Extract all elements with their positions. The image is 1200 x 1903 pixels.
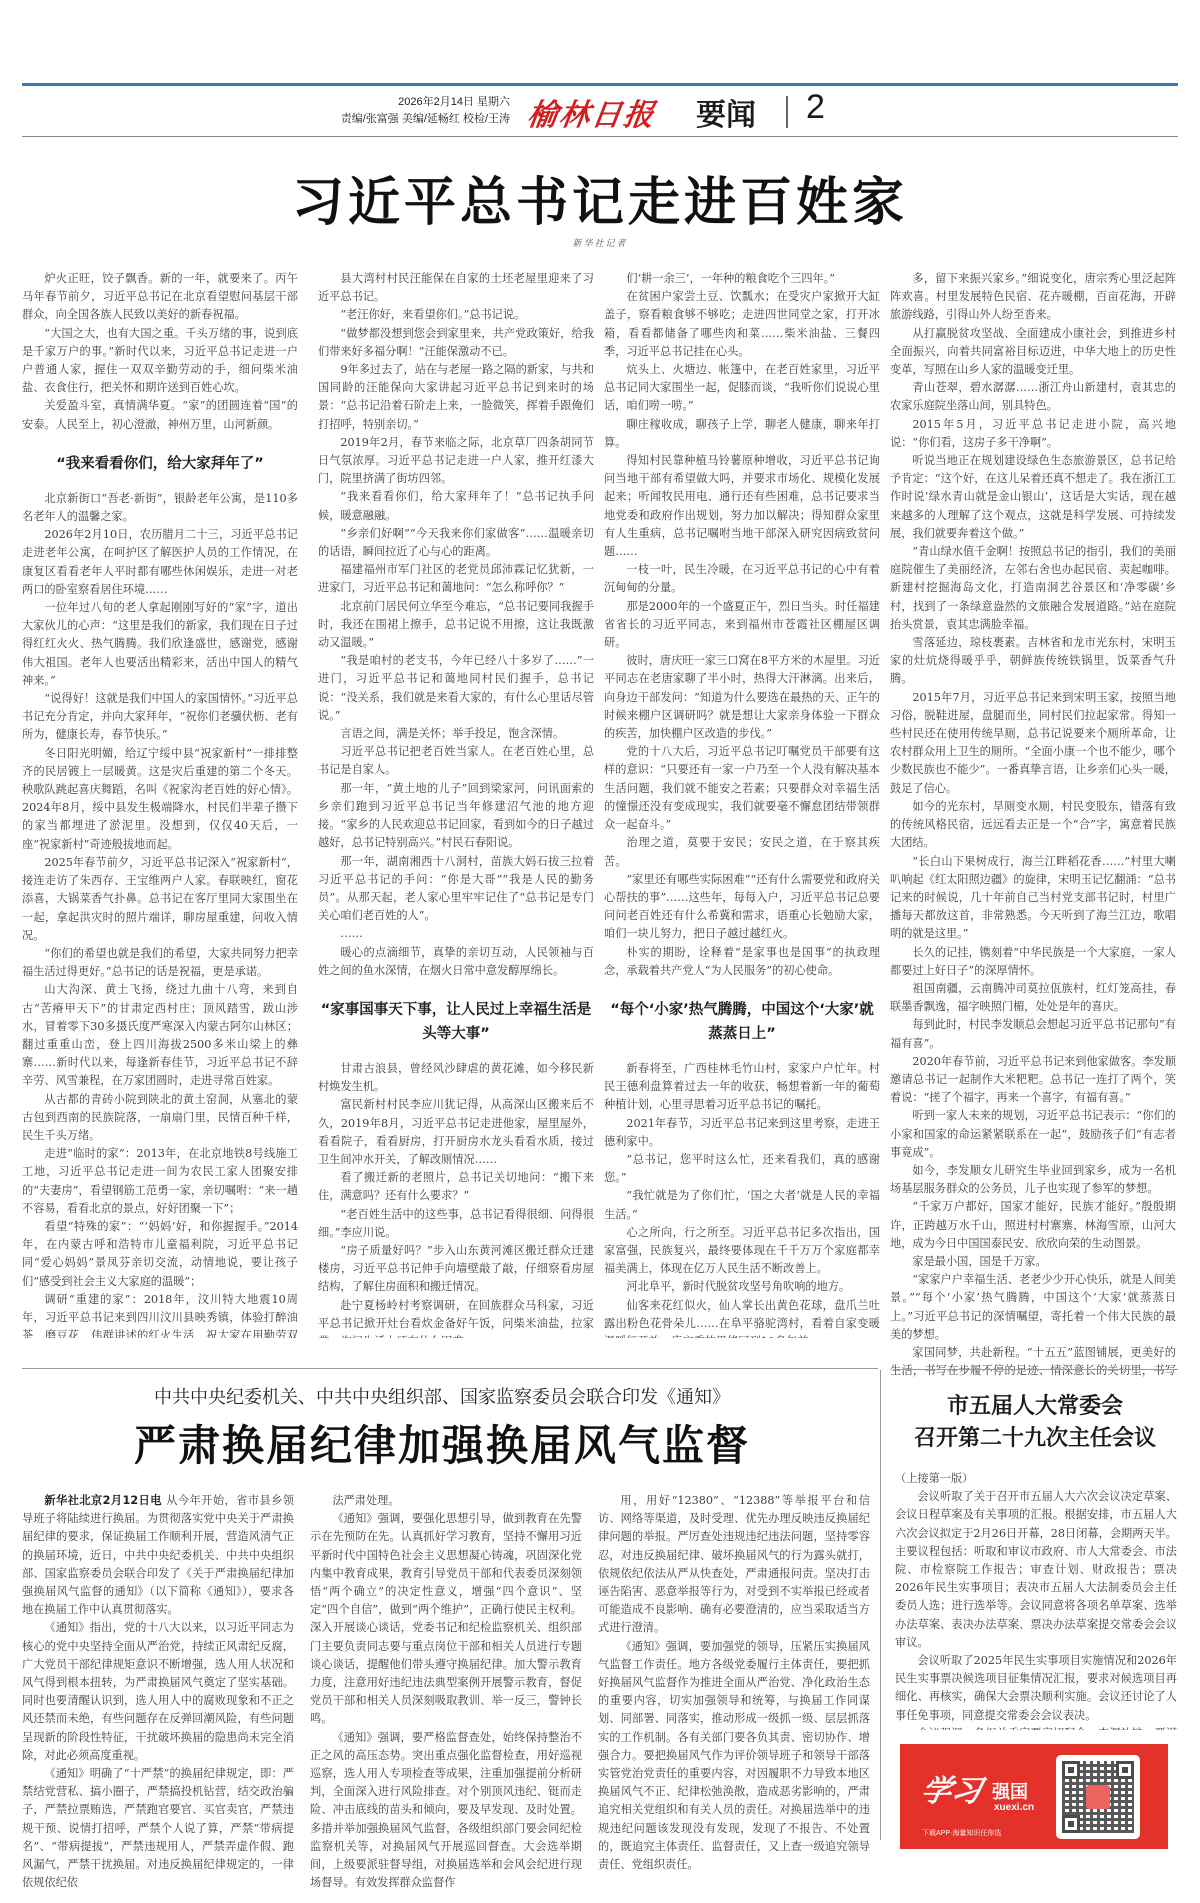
article1-column-1: 炉火正旺，饺子飘香。新的一年，就要来了。丙午马年春节前夕，习近平总书记在北京看望… xyxy=(22,270,298,1338)
paragraph: 甘肃古浪县，曾经风沙肆虐的黄花滩，如今移民新村焕发生机。 xyxy=(318,1060,594,1096)
paragraph: 2015年7月，习近平总书记来到宋明玉家，按照当地习俗，脱鞋进屋，盘腿而坐，同村… xyxy=(890,689,1176,798)
qr-finder-top-left xyxy=(1062,1761,1080,1779)
paragraph: 暖心的点滴细节，真挚的亲切互动，人民领袖与百姓之间的鱼水深情，在烟火日常中意发醇… xyxy=(318,944,594,980)
paragraph: “长白山下果树成行，海兰江畔稻花香……”村里大喇叭响起《红太阳照边疆》的旋律，宋… xyxy=(890,853,1176,944)
paragraph: 《通知》强调，要严格监督查处，始终保持整治不正之风的高压态势。突出重点强化监督检… xyxy=(310,1729,582,1893)
paragraph: 2015年5月，习近平总书记走进小院，高兴地说：“你们看，这房子多干净啊”。 xyxy=(890,416,1176,452)
paragraph: “说得好！这就是我们中国人的家国情怀。”习近平总书记充分肯定，并向大家拜年，“祝… xyxy=(22,690,298,745)
newspaper-logo: 榆林日报 xyxy=(525,90,659,134)
paragraph: 福建福州市军门社区的老党员邱沛霖记忆犹新，一进家门，习近平总书记和蔼地问：“怎么… xyxy=(318,561,594,597)
paragraph: 2020年春节前，习近平总书记来到他家做客。李发顺邀请总书记一起制作大米粑粑。总… xyxy=(890,1053,1176,1108)
paragraph: 北京前门居民何立华至今难忘，“总书记要同我握手时，我还在围裙上擦手，总书记说不用… xyxy=(318,598,594,653)
paragraph: “大国之大，也有大国之重。千头万绪的事，说到底是千家万户的事。”新时代以来，习近… xyxy=(22,325,298,398)
paragraph: 县大湾村村民汪能保在自家的土坯老屋里迎来了习近平总书记。 xyxy=(318,270,594,306)
paragraph: 聊庄稼收成，聊孩子上学，聊老人健康，聊来年打算。 xyxy=(604,416,880,452)
paragraph: “我来看看你们，给大家拜年了！”总书记执手问候，暖意融融。 xyxy=(318,488,594,524)
ad-brand: 强国 xyxy=(992,1778,1028,1804)
paragraph: 在贫困户家尝土豆、饮瓢水；在受灾户家掀开大缸盖子，察看粮食够不够吃；走进四世同堂… xyxy=(604,288,880,361)
issue-meta: 2026年2月14日 星期六 责编/张富强 美编/延畅红 校检/王涛 xyxy=(341,94,510,128)
paragraph: 听到一家人未来的规划，习近平总书记表示：“你们的小家和国家的命运紧紧联系在一起”… xyxy=(890,1107,1176,1162)
paragraph: 会议听取了2025年民生实事项目实施情况和2026年民生实事票决候选项目征集情况… xyxy=(895,1652,1177,1725)
paragraph: 山大沟深、黄土飞扬，绕过九曲十八弯，来到自古“苦瘠甲天下”的甘肃定西村庄；顶风踏… xyxy=(22,981,298,1090)
paragraph: 青山苍翠，碧水潺潺……浙江舟山新建村，袁其忠的农家乐庭院坐落山间，别具特色。 xyxy=(890,379,1176,415)
paragraph: “乡亲们好啊”“今天我来你们家做客”……温暖亲切的话语，瞬间拉近了心与心的距离。 xyxy=(318,525,594,561)
paragraph: 看了搬迁新的老照片，总书记关切地问：“搬下来住，满意吗？还有什么要求？” xyxy=(318,1169,594,1205)
masthead: 2026年2月14日 星期六 责编/张富强 美编/延畅红 校检/王涛 榆林日报 … xyxy=(0,88,1200,136)
paragraph: 用，用好“12380”、“12388”等举报平台和信访、网络等渠道，及时受理、优… xyxy=(598,1492,870,1638)
sidebar-divider-horizontal xyxy=(893,1369,1178,1370)
paragraph: “总书记，您平时这么忙，还来看我们，真的感谢您。” xyxy=(604,1151,880,1187)
paragraph: 炕头上、火塘边、帐篷中，在老百姓家里，习近平总书记同大家围坐一起，促膝而谈，“我… xyxy=(604,361,880,416)
paragraph: 2021年春节，习近平总书记来到这里考察，走进王德利家中。 xyxy=(604,1115,880,1151)
paragraph: …… xyxy=(318,925,594,943)
paragraph: 听说当地正在规划建设绿色生态旅游景区，总书记给予肯定：“这个好，在这儿呆着还真不… xyxy=(890,452,1176,543)
article3-title-line-1: 市五届人大常委会 xyxy=(895,1390,1175,1422)
paragraph: 那一年，“黄土地的儿子”回到梁家河，问讯面索的乡亲们跑到习近平总书记当年修建沼气… xyxy=(318,780,594,853)
masthead-bottom-rule xyxy=(22,136,1178,137)
paragraph: 党的十八大后，习近平总书记叮嘱党员干部要有这样的意识：“只要还有一家一户乃至一个… xyxy=(604,743,880,834)
paragraph: 如今的光东村，旱厕变水厕，村民变股东，错落有致的传统风格民宿，远远看去正是一个“… xyxy=(890,798,1176,853)
ad-tagline: 下载APP·海量知识任你选 xyxy=(922,1828,1001,1838)
subheading: “家事国事天下事，让人民过上幸福生活是头等大事” xyxy=(318,998,594,1046)
paragraph: “做梦都没想到您会到家里来，共产党政策好，给我们带来好多福分啊！”汪能保激动不已… xyxy=(318,325,594,361)
paragraph: “家里还有哪些实际困难”“还有什么需要党和政府关心帮扶的事”……这些年，每每入户… xyxy=(604,871,880,944)
section-name: 要闻 xyxy=(696,90,756,134)
issue-editors: 责编/张富强 美编/延畅红 校检/王涛 xyxy=(341,111,510,128)
paragraph: 那是2000年的一个盛夏正午，烈日当头。时任福建省省长的习近平同志，来到福州市苍… xyxy=(604,598,880,653)
paragraph: 多，留下来振兴家乡。”细说变化，唐宗秀心里泛起阵阵欢喜。村里发展特色民宿、花卉暖… xyxy=(890,270,1176,325)
paragraph: 得知村民靠种植马铃薯原种增收，习近平总书记询问当地干部有希望做大吗，并要求市场化… xyxy=(604,452,880,561)
qr-center-logo-icon xyxy=(1086,1785,1110,1809)
article-byline: 新华社记者 xyxy=(0,236,1200,249)
paragraph: 关爱盈斗室，真情满华夏。“家”的团圆连着“国”的安泰。人民至上，初心澄澈，神州万… xyxy=(22,397,298,433)
article2-column-2: 法严肃处理。《通知》强调，要强化思想引导，做到教育在先警示在先预防在先。认真抓好… xyxy=(310,1492,582,1894)
subheading: “我来看看你们，给大家拜年了” xyxy=(22,452,298,476)
paragraph: 那一年，湖南湘西十八洞村，苗族大妈石拔三拉着习近平总书记的手问：“你是大哥”“我… xyxy=(318,853,594,926)
paragraph: 从古都的青砖小院到陕北的黄土窑洞，从塞北的蒙古包到西南的民族院落，一扇扇门里，民… xyxy=(22,1091,298,1146)
paragraph: 长久的记挂，镌刻着“中华民族是一个大家庭，一家人都要过上好日子”的深厚情怀。 xyxy=(890,944,1176,980)
article1-column-3: 们‘耕一余三’，一年种的粮食吃个三四年。”在贫困户家尝土豆、饮瓢水；在受灾户家掀… xyxy=(604,270,880,1338)
dateline-paragraph: 新华社北京2月12日电 从今年开始，省市县乡领导班子将陆续进行换届。为贯彻落实党… xyxy=(22,1492,294,1619)
lead-text: 从今年开始，省市县乡领导班子将陆续进行换届。为贯彻落实党中央关于严肃换届纪律的要… xyxy=(22,1494,294,1616)
paragraph: 河北阜平，新时代脱贫攻坚号角吹响的地方。 xyxy=(604,1278,880,1296)
paragraph: “老汪你好，来看望你们。”总书记说。 xyxy=(318,306,594,324)
paragraph: “千家万户都好，国家才能好，民族才能好。”殷殷期许，正跨越万水千山，照进村村寨寨… xyxy=(890,1198,1176,1253)
paragraph: 心之所向，行之所至。习近平总书记多次指出，国家富强，民族复兴，最终要体现在千千万… xyxy=(604,1224,880,1279)
subheading: “每个‘小家’热气腾腾，中国这个‘大家’就蒸蒸日上” xyxy=(604,998,880,1046)
paragraph: 法严肃处理。 xyxy=(310,1492,582,1510)
qr-finder-bottom-left xyxy=(1062,1815,1080,1833)
paragraph: 如今，李发顺女儿研究生毕业回到家乡，成为一名机场基层服务群众的公务员，儿子也实现… xyxy=(890,1162,1176,1198)
paragraph: 言语之间，满是关怀；举手投足，饱含深情。 xyxy=(318,725,594,743)
paragraph: 祖国南疆，云南腾冲司莫拉佤族村，红灯笼高挂，春联墨香飘逸，福字映照门楣，处处是年… xyxy=(890,980,1176,1016)
paragraph: 彼时，唐庆旺一家三口窝在8平方米的木屋里。习近平同志在老唐家聊了半小时，热得大汗… xyxy=(604,652,880,743)
paragraph: 《通知》强调，要强化思想引导，做到教育在先警示在先预防在先。认真抓好学习教育，坚… xyxy=(310,1510,582,1728)
paragraph: “我是咱村的老支书，今年已经八十多岁了……”一进门，习近平总书记和蔼地同村民们握… xyxy=(318,652,594,725)
article3-title: 市五届人大常委会 召开第二十九次主任会议 xyxy=(895,1390,1175,1454)
paragraph: 2026年2月10日，农历腊月二十三，习近平总书记走进老年公寓，在呵护区了解医护… xyxy=(22,526,298,599)
paragraph: 《通知》明确了“十严禁”的换届纪律规定，即：严禁结党营私、搞小圈子，严禁搞投机钻… xyxy=(22,1765,294,1892)
article1-column-4: 多，留下来振兴家乡。”细说变化，唐宗秀心里泛起阵阵欢喜。村里发展特色民宿、花卉暖… xyxy=(890,270,1176,1378)
paragraph: 调研“重建的家”：2018年，汶川特大地震10周年，习近平总书记来到四川汶川县映… xyxy=(22,1291,298,1338)
ad-url: xuexi.cn xyxy=(994,1802,1034,1813)
paragraph: 9年多过去了，站在与老屋一路之隔的新家，与共和国同龄的汪能保向大家讲起习近平总书… xyxy=(318,361,594,434)
qr-code-pattern xyxy=(1062,1761,1134,1833)
paragraph: 炉火正旺，饺子飘香。新的一年，就要来了。丙午马年春节前夕，习近平总书记在北京看望… xyxy=(22,270,298,325)
paragraph: “老百姓生活中的这些事，总书记看得很细、问得很细。”李应川说。 xyxy=(318,1206,594,1242)
section-divider-horizontal xyxy=(22,1368,878,1369)
paragraph: 一枝一叶，民生冷暖，在习近平总书记的心中有着沉甸甸的分量。 xyxy=(604,561,880,597)
continued-marker: （上接第一版） xyxy=(895,1470,1177,1488)
article1-column-2: 县大湾村村民汪能保在自家的土坯老屋里迎来了习近平总书记。“老汪你好，来看望你们。… xyxy=(318,270,594,1338)
masthead-top-rule xyxy=(22,83,1178,86)
paragraph: 家是最小国，国是千万家。 xyxy=(890,1253,1176,1271)
article3-body: （上接第一版）会议听取了关于召开市五届人大六次会议决定草案、会议日程草案及有关事… xyxy=(895,1470,1177,1730)
xuexi-logo: 学习 xyxy=(918,1766,986,1810)
paragraph: 2019年2月，春节来临之际，北京草厂四条胡同节日气氛浓厚。习近平总书记走进一户… xyxy=(318,434,594,489)
qr-finder-top-right xyxy=(1116,1761,1134,1779)
paragraph: 从打赢脱贫攻坚战、全面建成小康社会，到推进乡村全面振兴，向着共同富裕目标迈进，中… xyxy=(890,325,1176,380)
paragraph: 《通知》强调，要加强党的领导，压紧压实换届风气监督工作责任。地方各级党委履行主体… xyxy=(598,1638,870,1875)
issue-date: 2026年2月14日 星期六 xyxy=(341,94,510,111)
article2-column-1: 新华社北京2月12日电 从今年开始，省市县乡领导班子将陆续进行换届。为贯彻落实党… xyxy=(22,1492,294,1894)
article2-title: 严肃换届纪律加强换届风气监督 xyxy=(22,1413,862,1473)
qr-code-icon[interactable] xyxy=(1056,1755,1140,1839)
paragraph: “你们的希望也就是我们的希望，大家共同努力把幸福生活过得更好。”总书记的话是祝福… xyxy=(22,945,298,981)
paragraph: 新春将至，广西桂林毛竹山村，家家户户忙年。村民王德利盘算着过去一年的收获，畅想着… xyxy=(604,1060,880,1115)
paragraph: “房子质量好吗？”步入山东黄河滩区搬迁群众迁建楼房，习近平总书记伸手向墙壁敲了敲… xyxy=(318,1242,594,1297)
paragraph: 北京新街口“吾老·新街”，银龄老年公寓，是110多名老年人的温馨之家。 xyxy=(22,490,298,526)
article3-title-line-2: 召开第二十九次主任会议 xyxy=(895,1422,1175,1454)
section-divider xyxy=(786,96,788,128)
paragraph: 会议强调，各相关委室要密切配合，查漏补缺，严谨细致做好市五届人大六次会议各项筹备… xyxy=(895,1725,1177,1730)
paragraph: 仙客来花红似火，仙人掌长出黄色花球，盘爪兰吐露出粉色花骨朵儿……在阜平骆驼湾村，… xyxy=(604,1297,880,1338)
paragraph: 走进“临时的家”：2013年，在北京地铁8号线施工工地，习近平总书记走进一间为农… xyxy=(22,1145,298,1218)
dateline: 新华社北京2月12日电 xyxy=(44,1494,166,1507)
paragraph: 富民新村村民李应川犹记得，从高深山区搬来后不久，2019年8月，习近平总书记走进… xyxy=(318,1096,594,1169)
article2-kicker: 中共中央纪委机关、中共中央组织部、国家监察委员会联合印发《通知》 xyxy=(22,1383,862,1409)
paragraph: 雪落延边，琼枝裹素。吉林省和龙市光东村，宋明玉家的灶炕烧得暖乎乎，朝鲜族传统铁锅… xyxy=(890,634,1176,689)
paragraph: 看望“特殊的家”：“‘妈妈’好，和你握握手。”2014年，在内蒙古呼和浩特市儿童… xyxy=(22,1218,298,1291)
paragraph: 们‘耕一余三’，一年种的粮食吃个三四年。” xyxy=(604,270,880,288)
xuexi-qiangguo-ad[interactable]: 学习 强国 xuexi.cn 下载APP·海量知识任你选 xyxy=(900,1744,1168,1849)
paragraph: 2025年春节前夕，习近平总书记深入“祝家新村”，接连走访了朱西存、王宝维两户人… xyxy=(22,854,298,945)
paragraph: 冬日阳光明媚，给辽宁绥中县“祝家新村”一排排整齐的民居镀上一层暖黄。这是灾后重建… xyxy=(22,745,298,854)
paragraph: 会议听取了关于召开市五届人大六次会议决定草案、会议日程草案及有关事项的汇报。根据… xyxy=(895,1488,1177,1652)
section-divider-vertical xyxy=(880,1370,881,1840)
paragraph: 一位年过八旬的老人拿起刚刚写好的“家”字，道出大家伙儿的心声：“这里是我们的新家… xyxy=(22,599,298,690)
paragraph: 朴实的期盼，诠释着“是家事也是国事”的执政理念，承载着共产党人“为人民服务”的初… xyxy=(604,944,880,980)
paragraph: 《通知》指出，党的十八大以来，以习近平同志为核心的党中央坚持全面从严治党，持续正… xyxy=(22,1619,294,1765)
column-gutter xyxy=(308,270,309,1338)
paragraph: 家国同梦，共赴新程。“十五五”蓝图铺展，更美好的生活，书写在步履不停的足迹、情深… xyxy=(890,1344,1176,1378)
paragraph: 每到此时，村民李发顺总会想起习近平总书记那句“有福有喜”。 xyxy=(890,1016,1176,1052)
paragraph: 赴宁夏杨岭村考察调研，在回族群众马科家，习近平总书记掀开灶台看炊金备好午饭，问柴… xyxy=(318,1297,594,1338)
paragraph: “我忙就是为了你们忙，‘国之大者’就是人民的幸福生活。” xyxy=(604,1187,880,1223)
article-title: 习近平总书记走进百姓家 xyxy=(0,160,1200,235)
paragraph: 治理之道，莫要于安民；安民之道，在于察其疾苦。 xyxy=(604,834,880,870)
article2-column-3: 用，用好“12380”、“12388”等举报平台和信访、网络等渠道，及时受理、优… xyxy=(598,1492,870,1894)
paragraph: “家家户户幸福生活、老老少少开心快乐，就是人间美景。”“每个‘小家’热气腾腾，中… xyxy=(890,1271,1176,1344)
paragraph: 习近平总书记把老百姓当家人。在老百姓心里，总书记是自家人。 xyxy=(318,743,594,779)
paragraph: “青山绿水值千金啊！按照总书记的指引，我们的美丽庭院催生了美丽经济，左邻右舍也办… xyxy=(890,543,1176,634)
page-number: 2 xyxy=(806,88,825,127)
